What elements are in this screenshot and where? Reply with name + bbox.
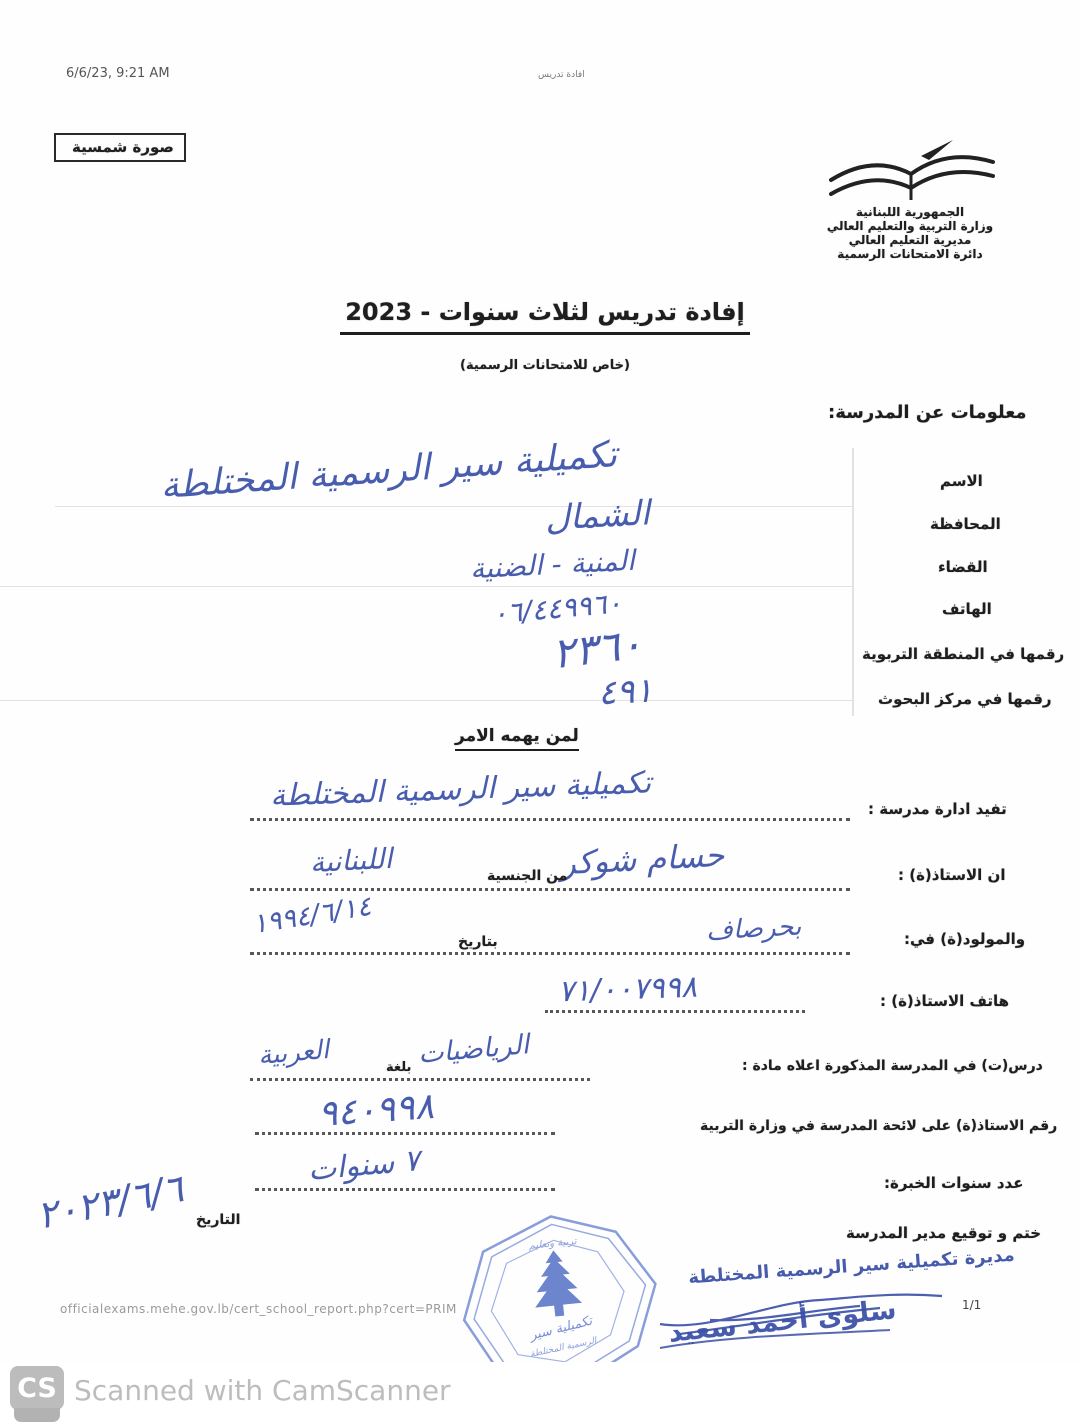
governorate-label: المحافظة bbox=[930, 515, 1001, 533]
school-name-handwriting: تكميلية سير الرسمية المختلطة bbox=[159, 434, 618, 507]
teacher-phone-label: هاتف الاستاذ(ة) : bbox=[880, 992, 1009, 1010]
ministry-emblem bbox=[825, 138, 1000, 212]
experience-label: عدد سنوات الخبرة: bbox=[884, 1174, 1023, 1192]
stamp-signature-label: ختم و توقيع مدير المدرسة bbox=[846, 1224, 1041, 1242]
birthplace-handwriting: بحرصاف bbox=[705, 912, 802, 947]
teacher-phone-handwriting: ٧١/٠٠٧٩٩٨ bbox=[557, 970, 697, 1010]
teacher-line bbox=[250, 888, 850, 891]
document-title: إفادة تدريس لثلاث سنوات - 2023 bbox=[340, 298, 750, 335]
school-admin-line bbox=[250, 818, 850, 821]
school-admin-label: تفيد ادارة مدرسة : bbox=[868, 800, 1007, 818]
date-handwriting: ٢٠٢٣/٦/٦ bbox=[33, 1166, 187, 1237]
date-label: التاريخ bbox=[196, 1212, 240, 1228]
ministry-line-4: دائرة الامتحانات الرسمية bbox=[790, 247, 1030, 261]
signature-underline bbox=[655, 1328, 895, 1358]
experience-handwriting: ٧ سنوات bbox=[307, 1143, 422, 1188]
teacher-phone-line bbox=[545, 1010, 805, 1013]
ministry-number-label: رقم الاستاذ(ة) على لائحة المدرسة في وزار… bbox=[700, 1118, 1057, 1134]
table-line-3 bbox=[0, 700, 852, 701]
subject-handwriting: الرياضيات bbox=[417, 1029, 530, 1070]
language-handwriting: العربية bbox=[257, 1035, 330, 1071]
teacher-name-handwriting: حسام شوكر bbox=[559, 836, 725, 883]
governorate-handwriting: الشمال bbox=[544, 493, 651, 538]
cedar-tree-icon bbox=[529, 1248, 583, 1319]
header-small-text: افادة تدريس bbox=[538, 70, 585, 80]
nationality-label: من الجنسية bbox=[487, 868, 567, 884]
school-name-label: الاسم bbox=[940, 472, 983, 490]
scan-timestamp: 6/6/23, 9:21 AM bbox=[66, 66, 170, 81]
camscanner-footer: CS Scanned with CamScanner bbox=[0, 1362, 1080, 1428]
page-indicator: 1/1 bbox=[962, 1298, 981, 1312]
birth-label: والمولود(ة) في: bbox=[904, 930, 1025, 948]
district-handwriting: المنية - الضنية bbox=[469, 544, 635, 586]
teacher-label: ان الاستاذ(ة) : bbox=[898, 866, 1005, 884]
nationality-handwriting: اللبنانية bbox=[309, 842, 393, 879]
camscanner-text: Scanned with CamScanner bbox=[74, 1374, 451, 1407]
table-divider-vertical bbox=[852, 448, 854, 716]
svg-text:تربية وتعليم: تربية وتعليم bbox=[528, 1236, 578, 1252]
table-line-1 bbox=[55, 506, 852, 507]
scanned-document-page: 6/6/23, 9:21 AM افادة تدريس صورة شمسية ا… bbox=[0, 0, 1080, 1428]
birthdate-label: بتاريخ bbox=[458, 934, 498, 950]
school-admin-handwriting: تكميلية سير الرسمية المختلطة bbox=[270, 765, 652, 813]
language-label: بلغة bbox=[386, 1060, 411, 1075]
open-book-icon bbox=[825, 138, 1000, 208]
experience-line bbox=[255, 1188, 555, 1191]
research-number-label: رقمها في مركز البحوث bbox=[878, 690, 1052, 708]
footer-url: officialexams.mehe.gov.lb/cert_school_re… bbox=[60, 1302, 457, 1316]
camscanner-logo-tab bbox=[14, 1408, 60, 1422]
photo-box-label: صورة شمسية bbox=[72, 138, 174, 156]
birth-line bbox=[250, 952, 850, 955]
table-line-2 bbox=[0, 586, 852, 587]
region-number-handwriting: ٢٣٦٠ bbox=[549, 619, 645, 679]
subject-line bbox=[250, 1078, 590, 1081]
ministry-line-2: وزارة التربية والتعليم العالي bbox=[790, 219, 1030, 233]
research-number-handwriting: ٤٩١ bbox=[597, 671, 654, 714]
ministry-header: الجمهورية اللبنانية وزارة التربية والتعل… bbox=[790, 205, 1030, 261]
ministry-line-1: الجمهورية اللبنانية bbox=[790, 205, 1030, 219]
camscanner-logo-text: CS bbox=[17, 1373, 57, 1404]
region-number-label: رقمها في المنطقة التربوية bbox=[862, 645, 1064, 663]
district-label: القضاء bbox=[938, 558, 988, 576]
camscanner-logo: CS bbox=[10, 1366, 64, 1410]
concern-heading: لمن يهمه الامر bbox=[455, 726, 579, 751]
ministry-number-line bbox=[255, 1132, 555, 1135]
school-info-heading: معلومات عن المدرسة: bbox=[828, 402, 1027, 423]
ministry-line-3: مديرية التعليم العالي bbox=[790, 233, 1030, 247]
photo-box: صورة شمسية bbox=[54, 133, 186, 162]
birthdate-handwriting: ١٩٩٤/٦/١٤ bbox=[250, 891, 373, 940]
subject-label: درس(ت) في المدرسة المذكورة اعلاه مادة : bbox=[742, 1058, 1043, 1074]
phone-label: الهاتف bbox=[942, 600, 992, 618]
document-subtitle: (خاص للامتحانات الرسمية) bbox=[420, 358, 670, 373]
ministry-number-handwriting: ٩٤٠٩٩٨ bbox=[317, 1086, 436, 1135]
